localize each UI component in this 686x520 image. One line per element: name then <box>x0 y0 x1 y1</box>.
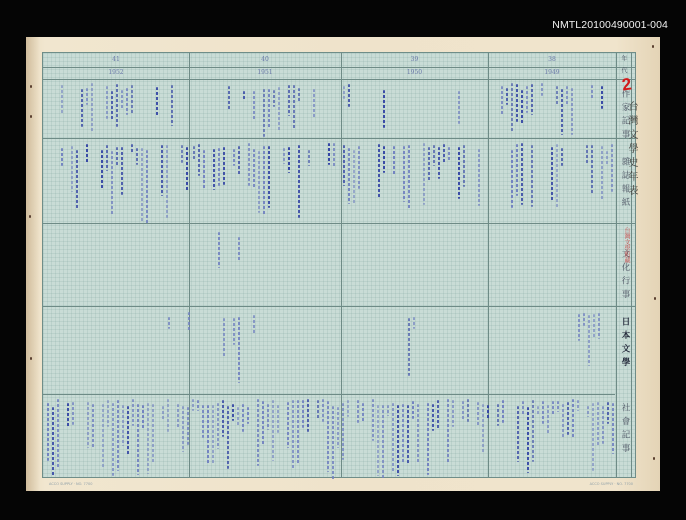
handwriting-stroke <box>167 399 169 431</box>
handwriting-stroke <box>278 87 280 132</box>
handwriting-stroke <box>511 83 513 133</box>
handwriting-stroke <box>263 146 265 216</box>
handwriting-stroke <box>116 84 118 126</box>
binding-hole <box>30 115 32 118</box>
handwriting-stroke <box>127 406 129 456</box>
handwriting-stroke <box>328 143 330 165</box>
handwriting-stroke <box>293 85 295 128</box>
handwriting-stroke <box>432 404 434 431</box>
handwriting-stroke <box>228 86 230 111</box>
handwriting-stroke <box>531 145 533 208</box>
handwriting-stroke <box>131 144 133 154</box>
handwriting-stroke <box>272 400 274 461</box>
handwriting-stroke <box>297 400 299 465</box>
handwriting-stroke <box>348 84 350 107</box>
handwriting-stroke <box>402 404 404 463</box>
handwriting-stroke <box>382 405 384 479</box>
handwriting-stroke <box>532 400 534 461</box>
handwriting-stroke <box>521 143 523 205</box>
handwriting-stroke <box>438 147 440 179</box>
handwriting-stroke <box>116 147 118 167</box>
handwriting-stroke <box>357 400 359 424</box>
handwriting-stroke <box>171 85 173 126</box>
handwriting-stroke <box>403 146 405 202</box>
handwriting-stroke <box>287 402 289 448</box>
handwriting-stroke <box>227 406 229 469</box>
handwriting-stroke <box>516 144 518 196</box>
handwriting-stroke <box>288 85 290 116</box>
handwriting-stroke <box>561 89 563 135</box>
handwriting-stroke <box>511 150 513 208</box>
handwriting-stroke <box>541 83 543 96</box>
handwriting-stroke <box>327 401 329 473</box>
handwriting-stroke <box>86 144 88 163</box>
handwriting-stroke <box>527 407 529 473</box>
handwriting-stroke <box>586 145 588 163</box>
handwriting-stroke <box>136 148 138 165</box>
handwriting-stroke <box>237 407 239 427</box>
handwriting-stroke <box>458 91 460 124</box>
handwriting-stroke <box>122 405 124 445</box>
handwriting-stroke <box>562 404 564 438</box>
handwriting-stroke <box>137 404 139 476</box>
handwriting-stroke <box>611 144 613 192</box>
handwriting-stroke <box>141 148 143 221</box>
handwriting-stroke <box>567 402 569 435</box>
handwriting-stroke <box>462 401 464 421</box>
handwriting-stroke <box>463 145 465 187</box>
handwriting-stroke <box>87 402 89 448</box>
handwriting-stroke <box>443 144 445 165</box>
handwriting-stroke <box>588 315 590 366</box>
handwriting-stroke <box>566 86 568 106</box>
handwriting-stroke <box>243 91 245 101</box>
handwriting-stroke <box>267 404 269 430</box>
handwriting-stroke <box>292 400 294 469</box>
handwriting-stroke <box>152 404 154 465</box>
handwriting-stroke <box>597 402 599 446</box>
handwriting-stroke <box>166 145 168 218</box>
handwriting-stroke <box>248 143 250 186</box>
handwriting-stroke <box>57 399 59 467</box>
handwriting-stroke <box>106 145 108 171</box>
handwriting-stroke <box>253 91 255 120</box>
handwriting-stroke <box>131 85 133 114</box>
handwriting-stroke <box>92 404 94 448</box>
footer-print-mark: ACCO SUPPLY · NO. 7700 <box>590 482 633 486</box>
handwriting-stroke <box>81 89 83 127</box>
handwriting-stroke <box>612 403 614 454</box>
handwriting-stroke <box>593 314 595 339</box>
handwriting-stroke <box>601 146 603 199</box>
handwriting-stroke <box>132 399 134 426</box>
handwriting-stroke <box>111 91 113 120</box>
handwriting-stroke <box>72 402 74 425</box>
handwriting-stroke <box>322 399 324 421</box>
handwriting-stroke <box>526 86 528 114</box>
handwriting-stroke <box>238 237 240 261</box>
handwriting-stroke <box>362 403 364 422</box>
handwriting-stroke <box>76 150 78 209</box>
handwriting-stroke <box>537 406 539 416</box>
handwriting-stroke <box>417 404 419 463</box>
handwriting-stroke <box>222 400 224 438</box>
handwriting-stroke <box>602 406 604 443</box>
handwriting-stroke <box>86 88 88 105</box>
handwriting-stroke <box>587 406 589 416</box>
handwriting-stroke <box>437 400 439 430</box>
footer-print-mark: ACCO SUPPLY · NO. 7700 <box>49 482 92 486</box>
handwriting-stroke <box>111 151 113 215</box>
binding-hole <box>653 457 655 460</box>
handwriting-stroke <box>198 144 200 176</box>
handwriting-stroke <box>372 399 374 441</box>
handwriting-stroke <box>556 144 558 208</box>
handwriting-stroke <box>61 148 63 167</box>
handwriting-stroke <box>531 84 533 114</box>
handwriting-stroke <box>146 150 148 226</box>
handwriting-stroke <box>577 400 579 411</box>
handwriting-stroke <box>413 317 415 328</box>
handwriting-stroke <box>521 90 523 125</box>
handwriting-stroke <box>212 405 214 464</box>
paper-edge <box>26 37 40 491</box>
handwriting-stroke <box>107 400 109 427</box>
handwriting-stroke <box>551 147 553 202</box>
handwriting-stroke <box>502 400 504 423</box>
handwriting-stroke <box>213 149 215 190</box>
handwriting-stroke <box>427 403 429 475</box>
handwriting-stroke <box>332 406 334 480</box>
handwriting-stroke <box>542 401 544 423</box>
binding-hole <box>652 45 654 48</box>
handwriting-stroke <box>218 232 220 267</box>
handwriting-stroke <box>192 399 194 411</box>
handwriting-stroke <box>161 145 163 196</box>
handwriting-stroke <box>102 404 104 469</box>
handwriting-stroke <box>601 86 603 109</box>
binding-hole <box>30 357 32 360</box>
handwriting-stroke <box>268 89 270 128</box>
handwriting-stroke <box>606 151 608 166</box>
handwriting-stroke <box>547 405 549 435</box>
handwriting-stroke <box>283 148 285 164</box>
binding-hole <box>29 215 31 218</box>
handwriting-stroke <box>112 403 114 476</box>
handwriting-stroke <box>552 401 554 415</box>
handwriting-stroke <box>263 89 265 137</box>
handwriting-stroke <box>393 146 395 177</box>
handwriting-stroke <box>408 318 410 377</box>
handwriting-stroke <box>501 86 503 116</box>
handwriting-stroke <box>232 404 234 421</box>
handwriting-stroke <box>522 401 524 416</box>
handwriting-stroke <box>487 405 489 420</box>
handwriting-stroke <box>377 405 379 476</box>
handwriting-stroke <box>561 148 563 166</box>
handwriting-stroke <box>168 317 170 328</box>
handwriting-stroke <box>47 403 49 461</box>
handwriting-stroke <box>106 86 108 119</box>
handwriting-stroke <box>397 405 399 476</box>
handwriting-stroke <box>556 86 558 105</box>
binding-hole <box>654 297 656 300</box>
handwriting-stroke <box>262 401 264 445</box>
handwriting-stroke <box>447 399 449 464</box>
handwriting-stroke <box>517 406 519 462</box>
handwriting-stroke <box>182 406 184 451</box>
handwriting-stroke <box>207 405 209 464</box>
handwriting-stroke <box>592 403 594 471</box>
handwriting-stroke <box>448 147 450 162</box>
handwriting-stroke <box>392 403 394 472</box>
handwriting-stroke <box>458 147 460 199</box>
handwriting-stroke <box>337 407 339 448</box>
handwriting-stroke <box>557 401 559 412</box>
handwriting-stroke <box>428 147 430 182</box>
handwriting-stroke <box>156 87 158 118</box>
handwriting-stroke <box>506 88 508 105</box>
handwriting-stroke <box>193 146 195 161</box>
scanned-chronology-sheet: 41 1952 40 1951 39 1950 38 1949 年代 作家記事 … <box>26 37 660 491</box>
handwriting-stroke <box>307 399 309 431</box>
handwriting-stroke <box>233 318 235 346</box>
handwriting-stroke <box>71 146 73 193</box>
handwriting-stroke <box>452 400 454 427</box>
handwriting-stroke <box>121 147 123 195</box>
handwriting-stroke <box>343 145 345 186</box>
handwriting-stroke <box>571 88 573 135</box>
handwriting-stroke <box>497 404 499 426</box>
sheet-title: 台灣文學史年表 <box>624 101 639 199</box>
handwriting-stroke <box>101 150 103 189</box>
handwriting-stroke <box>288 147 290 173</box>
handwriting-stroke <box>188 312 190 330</box>
handwriting-stroke <box>61 85 63 114</box>
handwriting-stroke <box>126 88 128 115</box>
handwriting-stroke <box>162 406 164 421</box>
handwriting-stroke <box>217 403 219 449</box>
handwriting-stroke <box>117 400 119 471</box>
handwriting-stroke <box>202 405 204 438</box>
handwriting-stroke <box>383 146 385 172</box>
handwriting-stroke <box>387 405 389 416</box>
chronology-grid: 41 1952 40 1951 39 1950 38 1949 年代 作家記事 … <box>42 52 636 478</box>
handwriting-stroke <box>591 145 593 194</box>
handwriting-stroke <box>142 405 144 430</box>
handwriting-stroke <box>412 401 414 419</box>
handwriting-stroke <box>572 399 574 437</box>
handwriting-stroke <box>257 399 259 465</box>
handwriting-stroke <box>407 405 409 464</box>
handwriting-stroke <box>268 146 270 208</box>
handwriting-stroke <box>477 402 479 426</box>
handwriting-stroke <box>598 313 600 339</box>
handwriting-stroke <box>242 404 244 432</box>
handwriting-stroke <box>52 407 54 477</box>
handwriting-stroke <box>347 400 349 417</box>
handwriting-stroke <box>433 145 435 166</box>
handwriting-stroke <box>353 150 355 204</box>
handwriting-stroke <box>223 147 225 185</box>
handwriting-stroke <box>177 404 179 428</box>
handwriting-stroke <box>238 317 240 382</box>
binding-hole <box>30 85 32 88</box>
handwriting-stroke <box>308 150 310 166</box>
handwriting-stroke <box>408 145 410 208</box>
handwriting-stroke <box>313 89 315 118</box>
handwriting-stroke <box>121 90 123 110</box>
handwriting-stroke <box>253 315 255 335</box>
handwriting-stroke <box>223 318 225 358</box>
handwriting-stroke <box>333 143 335 168</box>
handwriting-stroke <box>302 400 304 428</box>
handwriting-stroke <box>258 151 260 214</box>
handwriting-stroke <box>147 403 149 474</box>
handwriting-stroke <box>478 149 480 206</box>
handwriting-stroke <box>253 149 255 187</box>
handwritten-entries <box>43 53 635 477</box>
handwriting-stroke <box>218 148 220 186</box>
handwriting-stroke <box>423 143 425 205</box>
archive-id-label: NMTL20100490001-004 <box>552 19 668 31</box>
handwriting-stroke <box>516 84 518 122</box>
handwriting-stroke <box>607 402 609 425</box>
handwriting-stroke <box>383 90 385 128</box>
handwriting-stroke <box>67 403 69 428</box>
handwriting-stroke <box>277 405 279 433</box>
handwriting-stroke <box>591 85 593 101</box>
handwriting-stroke <box>247 407 249 424</box>
handwriting-stroke <box>583 313 585 326</box>
handwriting-stroke <box>482 404 484 454</box>
handwriting-stroke <box>273 90 275 107</box>
handwriting-stroke <box>343 86 345 99</box>
handwriting-stroke <box>317 400 319 420</box>
handwriting-stroke <box>578 314 580 341</box>
handwriting-stroke <box>181 145 183 163</box>
handwriting-stroke <box>197 400 199 411</box>
handwriting-stroke <box>467 399 469 422</box>
handwriting-stroke <box>298 145 300 218</box>
handwriting-stroke <box>348 148 350 205</box>
handwriting-stroke <box>203 150 205 190</box>
handwriting-stroke <box>298 88 300 102</box>
handwriting-stroke <box>186 147 188 192</box>
handwriting-stroke <box>342 403 344 459</box>
handwriting-stroke <box>91 83 93 132</box>
handwriting-stroke <box>378 144 380 198</box>
handwriting-stroke <box>233 149 235 166</box>
handwriting-stroke <box>187 407 189 445</box>
handwriting-stroke <box>358 146 360 189</box>
handwriting-stroke <box>238 146 240 175</box>
